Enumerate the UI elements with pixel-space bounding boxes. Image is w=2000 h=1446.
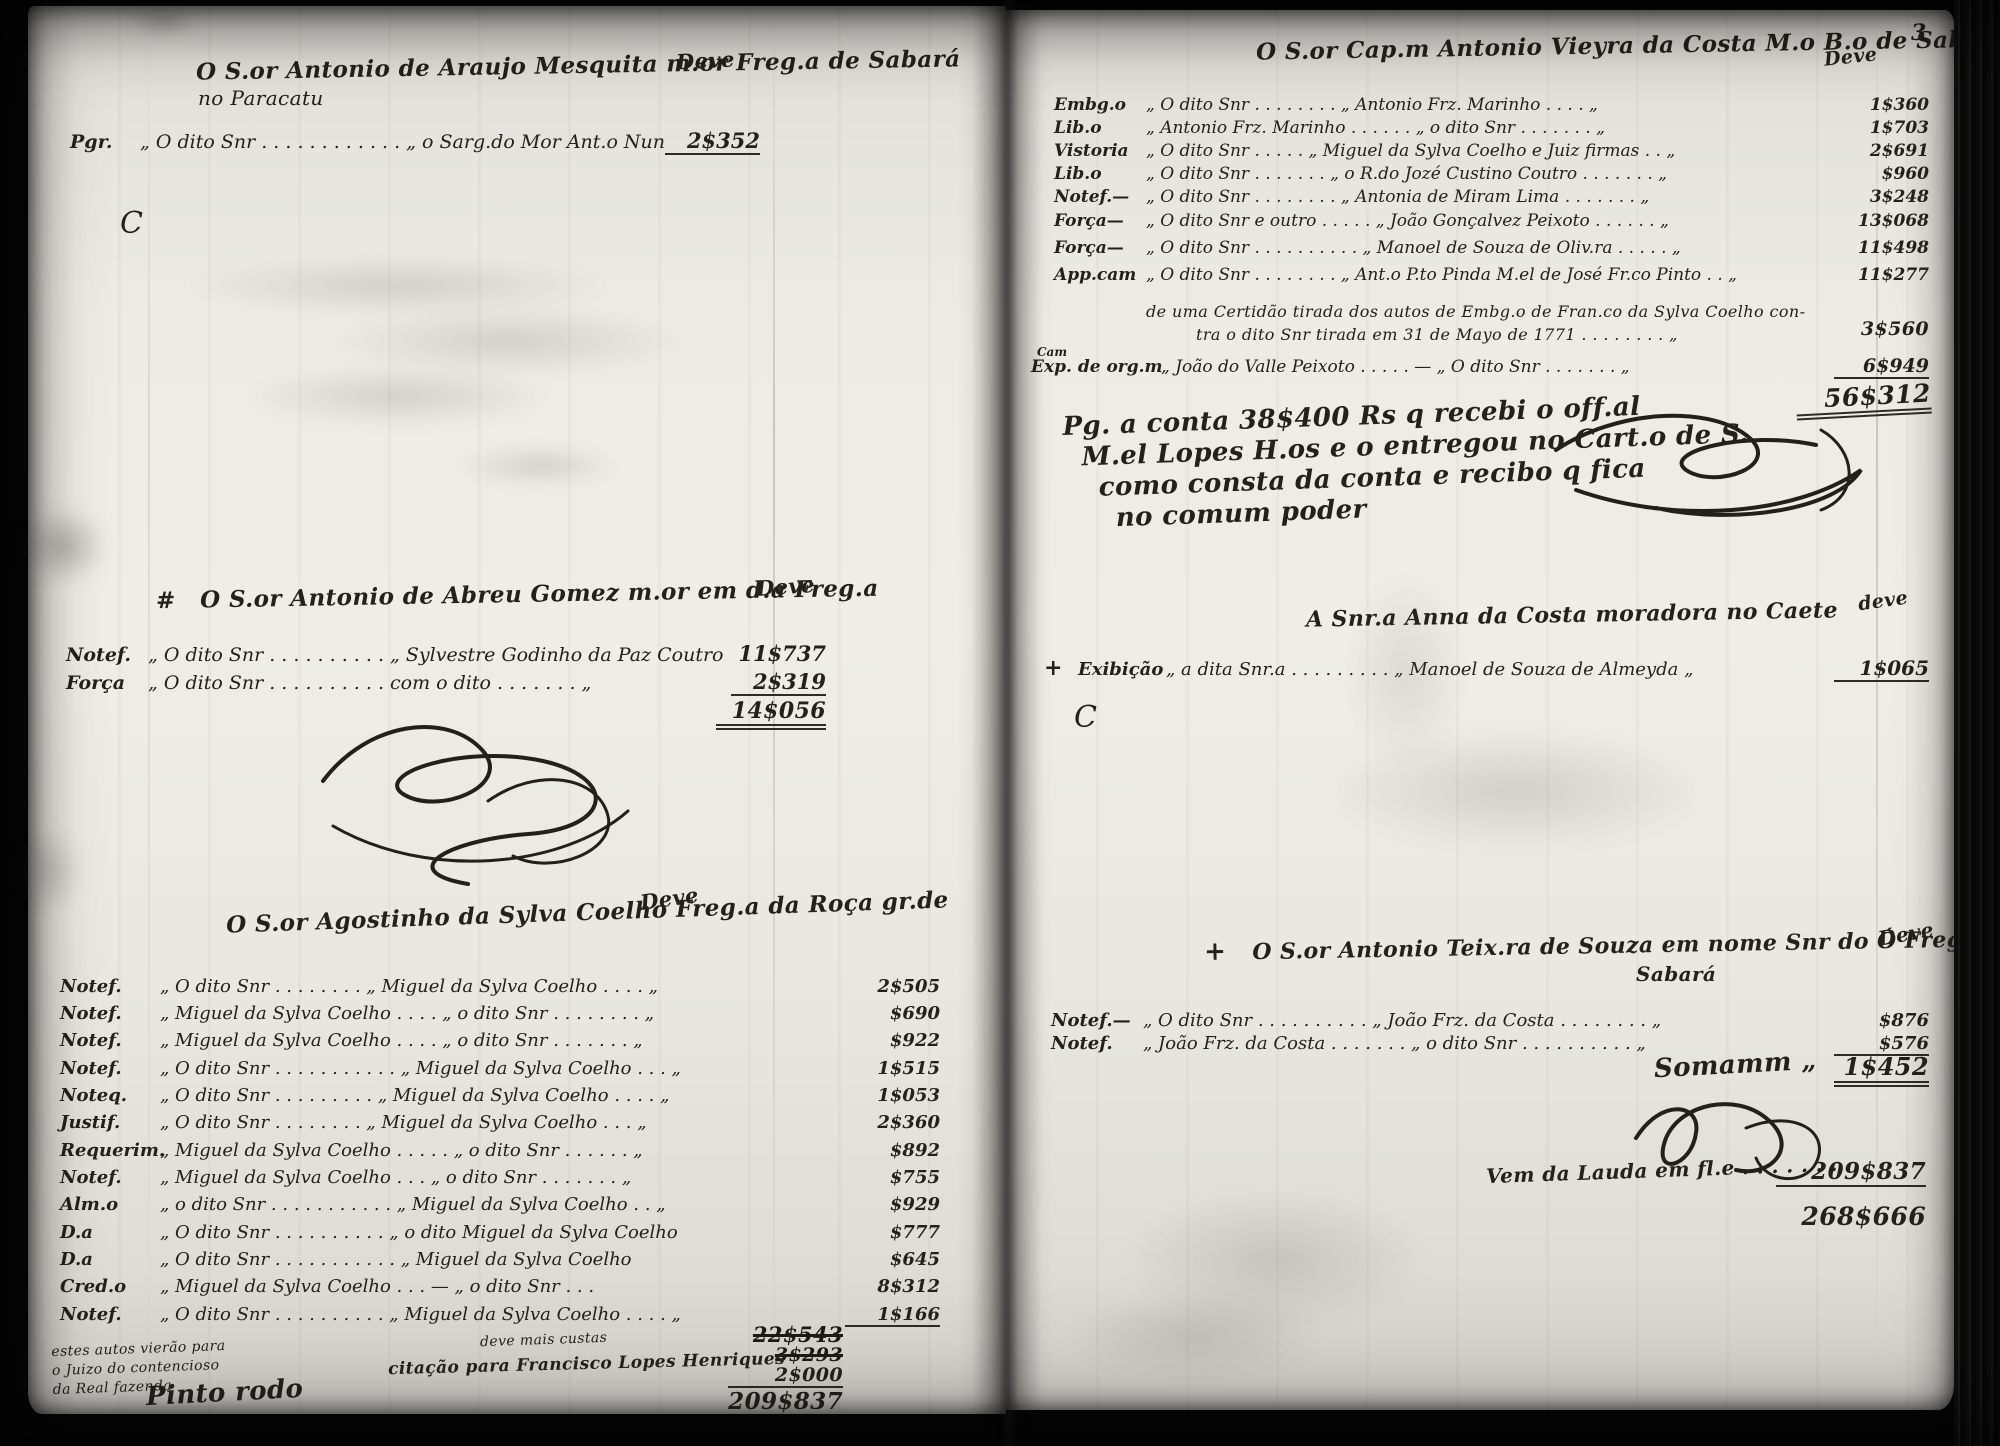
row-text: „ O dito Snr . . . . . . . . . „ Miguel … [160, 1085, 845, 1106]
row-label: Notef. [60, 1003, 160, 1024]
row-label: Força— [1054, 238, 1146, 258]
row-text: „ O dito Snr . . . . . . . . . . . . „ o… [140, 131, 665, 153]
row-label: Notef. [60, 1058, 160, 1079]
row-text: „ Miguel da Sylva Coelho . . . — „ o dit… [160, 1276, 845, 1297]
account2-total: 14$056 [716, 698, 826, 730]
row-label: Notef.— [1051, 1010, 1143, 1031]
row-label: Notef. [60, 1030, 160, 1051]
row-label: Força [66, 672, 148, 694]
ledger-row: App.cam „ O dito Snr . . . . . . . . „ A… [1054, 265, 1929, 285]
certificate-note-line2: tra o dito Snr tirada em 31 de Mayo de 1… [1196, 325, 1678, 344]
account3-rows: Notef. „ O dito Snr . . . . . . . . „ Mi… [60, 976, 940, 1336]
row-text: „ O dito Snr . . . . . . . . „ Antonio F… [1146, 95, 1834, 115]
ledger-row: Lib.o „ O dito Snr . . . . . . . „ o R.d… [1054, 164, 1929, 184]
ledger-row: Notef. „ Miguel da Sylva Coelho . . . „ … [60, 1167, 940, 1188]
cross-mark: + [1204, 937, 1227, 967]
signature-flourish [1536, 390, 1876, 530]
citation-note: citação para Francisco Lopes Henriques [388, 1349, 786, 1379]
row-label: Notef.— [1054, 187, 1146, 207]
row-amount: $960 [1834, 164, 1929, 184]
row-label: Lib.o [1054, 164, 1146, 184]
row-text: „ O dito Snr . . . . . . . . „ Miguel da… [160, 1112, 845, 1133]
row-text: „ O dito Snr . . . . . . . . „ Antonia d… [1146, 187, 1834, 207]
row-amount: 11$498 [1834, 238, 1929, 258]
account1-heading: O S.or Antonio de Araujo Mesquita m.or F… [196, 45, 961, 85]
ledger-row: Alm.o „ o dito Snr . . . . . . . . . . .… [60, 1194, 940, 1215]
row-text: „ a dita Snr.a . . . . . . . . . „ Manoe… [1166, 659, 1834, 680]
row-text: „ O dito Snr e outro . . . . . „ João Go… [1146, 211, 1834, 231]
ledger-row: Força— „ O dito Snr . . . . . . . . . . … [1054, 238, 1929, 258]
extra-costs-note: deve mais custas [480, 1330, 608, 1350]
row-label: Notef. [1051, 1033, 1143, 1054]
row-amount: 2$352 [665, 128, 760, 155]
row-text: „ O dito Snr . . . . . . . . . . „ João … [1143, 1010, 1834, 1031]
row-text: „ Miguel da Sylva Coelho . . . . „ o dit… [160, 1003, 845, 1024]
ledger-row: Força „ O dito Snr . . . . . . . . . . c… [66, 669, 826, 696]
account1-deve-label: Deve [675, 46, 735, 74]
row-label: Alm.o [60, 1194, 160, 1215]
ledger-row: Requerim. „ Miguel da Sylva Coelho . . .… [60, 1140, 940, 1161]
ledger-row: Cred.o „ Miguel da Sylva Coelho . . . — … [60, 1276, 940, 1297]
row-label: Exibição [1078, 659, 1166, 680]
ledger-row: Notef. „ Miguel da Sylva Coelho . . . . … [60, 1030, 940, 1051]
row-text: „ O dito Snr . . . . . . . . . . . „ Mig… [160, 1058, 845, 1079]
account1-heading: O S.or Cap.m Antonio Vieyra da Costa M.o… [1256, 25, 2000, 65]
row-label-superscript: Cam [1037, 345, 1067, 359]
account2-deve-label: Deve [755, 572, 815, 601]
ledger-row: Notef. „ O dito Snr . . . . . . . . . . … [66, 641, 826, 666]
ledger-row: Notef. „ O dito Snr . . . . . . . . „ Mi… [60, 976, 940, 997]
ledger-row: Lib.o „ Antonio Frz. Marinho . . . . . .… [1054, 118, 1929, 138]
row-amount: 2$691 [1834, 141, 1929, 161]
ledger-row: Embg.o „ O dito Snr . . . . . . . . „ An… [1054, 95, 1929, 115]
row-amount: $645 [845, 1249, 940, 1270]
ledger-row: Justif. „ O dito Snr . . . . . . . . „ M… [60, 1112, 940, 1133]
row-text: „ O dito Snr . . . . . . . „ o R.do Jozé… [1146, 164, 1834, 184]
certificate-note-line1: de uma Certidão tirada dos autos de Embg… [1146, 302, 1805, 321]
row-label: Pgr. [70, 131, 140, 153]
carry-forward-amount: 209$837 [1776, 1158, 1926, 1187]
ledger-row: D.a „ O dito Snr . . . . . . . . . . „ o… [60, 1222, 940, 1243]
row-text: „ Miguel da Sylva Coelho . . . . . „ o d… [160, 1140, 845, 1161]
row-amount: 2$360 [845, 1112, 940, 1133]
row-amount: 1$065 [1834, 656, 1929, 682]
sum-amount: 1$452 [1834, 1052, 1929, 1087]
row-label: Noteq. [60, 1085, 160, 1106]
row-amount: $777 [845, 1222, 940, 1243]
ledger-row: Noteq. „ O dito Snr . . . . . . . . . „ … [60, 1085, 940, 1106]
row-label: Lib.o [1054, 118, 1146, 138]
row-text: „ Miguel da Sylva Coelho . . . „ o dito … [160, 1167, 845, 1188]
row-amount: $690 [845, 1003, 940, 1024]
row-amount: $922 [845, 1030, 940, 1051]
row-label: D.a [60, 1249, 160, 1270]
account3-total: 209$837 [708, 1388, 843, 1415]
row-amount: $929 [845, 1194, 940, 1215]
row-amount: $892 [845, 1140, 940, 1161]
ledger-row: Notef.— „ O dito Snr . . . . . . . . . .… [1051, 1010, 1929, 1031]
row-text: „ O dito Snr . . . . . . . . . . . „ Mig… [160, 1249, 845, 1270]
right-page: 3 O S.or Cap.m Antonio Vieyra da Costa M… [1006, 10, 1954, 1410]
account1-heading-line2: no Paracatu [198, 86, 324, 110]
ledger-row: Cam Exp. de org.m „ João do Valle Peixot… [1031, 355, 1929, 379]
ledger-row: Notef.— „ O dito Snr . . . . . . . . „ A… [1054, 187, 1929, 207]
row-label: Embg.o [1054, 95, 1146, 115]
row-text: „ O dito Snr . . . . . . . . . . „ Manoe… [1146, 238, 1834, 258]
row-amount: 1$515 [845, 1058, 940, 1079]
row-text: „ O dito Snr . . . . . . . . . . com o d… [148, 672, 731, 694]
row-amount: 2$505 [845, 976, 940, 997]
ledger-row: Vistoria „ O dito Snr . . . . . „ Miguel… [1054, 141, 1929, 161]
row-amount: 13$068 [1834, 211, 1929, 231]
row-text: „ O dito Snr . . . . . . . . . . „ o dit… [160, 1222, 845, 1243]
paragraph-mark: C [120, 206, 143, 241]
account3-heading-line2: Sabará [1636, 962, 1716, 986]
row-label: Vistoria [1054, 141, 1146, 161]
ledger-row: Notef. „ Miguel da Sylva Coelho . . . . … [60, 1003, 940, 1024]
row-text: „ O dito Snr . . . . . . . . . . „ Sylve… [148, 644, 731, 666]
row-label: Justif. [60, 1112, 160, 1133]
manuscript-scan: O S.or Antonio de Araujo Mesquita m.or F… [0, 0, 2000, 1446]
row-amount: 8$312 [845, 1276, 940, 1297]
row-text: „ O dito Snr . . . . . . . . „ Miguel da… [160, 976, 845, 997]
row-amount: 1$703 [1834, 118, 1929, 138]
ledger-row: Notef. „ O dito Snr . . . . . . . . . . … [60, 1058, 940, 1079]
row-text: „ Miguel da Sylva Coelho . . . . „ o dit… [160, 1030, 845, 1051]
certificate-amount: 3$560 [1834, 318, 1929, 340]
row-amount: 1$166 [845, 1304, 940, 1327]
row-text: „ Antonio Frz. Marinho . . . . . . „ o d… [1146, 118, 1834, 138]
row-amount: $755 [845, 1167, 940, 1188]
row-label: Cred.o [60, 1276, 160, 1297]
row-label: D.a [60, 1222, 160, 1243]
grand-total: 268$666 [1776, 1202, 1926, 1231]
row-label: Requerim. [60, 1140, 160, 1161]
row-amount: 3$248 [1834, 187, 1929, 207]
row-label: Notef. [60, 1304, 160, 1325]
row-amount: $876 [1834, 1010, 1929, 1031]
ledger-row: Pgr. „ O dito Snr . . . . . . . . . . . … [70, 128, 760, 155]
row-text: „ João do Valle Peixoto . . . . . — „ O … [1161, 357, 1834, 377]
row-label: Notef. [60, 1167, 160, 1188]
paragraph-mark: C [1074, 700, 1097, 735]
row-label: Notef. [60, 976, 160, 997]
row-label: Notef. [66, 644, 148, 666]
account2-deve-label: deve [1857, 587, 1910, 616]
citation-amount: 2$000 [728, 1364, 843, 1388]
row-amount: 11$737 [731, 641, 826, 666]
cross-mark: + [1044, 655, 1078, 681]
row-amount: 2$319 [731, 669, 826, 696]
ledger-row: + Exibição „ a dita Snr.a . . . . . . . … [1044, 655, 1929, 682]
section-mark: # [156, 587, 176, 614]
account1-deve-label: Deve [1823, 43, 1878, 70]
row-label: App.cam [1054, 265, 1146, 285]
row-text: „ o dito Snr . . . . . . . . . . . „ Mig… [160, 1194, 845, 1215]
row-label: Cam Exp. de org.m [1031, 357, 1161, 377]
ledger-row: Força— „ O dito Snr e outro . . . . . „ … [1054, 211, 1929, 231]
left-page: O S.or Antonio de Araujo Mesquita m.or F… [28, 6, 1006, 1414]
row-amount: 11$277 [1834, 265, 1929, 285]
row-amount: 1$053 [845, 1085, 940, 1106]
row-amount: 1$360 [1834, 95, 1929, 115]
signature-flourish [298, 706, 658, 896]
row-text: „ O dito Snr . . . . . „ Miguel da Sylva… [1146, 141, 1834, 161]
row-label: Força— [1054, 211, 1146, 231]
row-amount: 6$949 [1834, 355, 1929, 379]
row-text: „ O dito Snr . . . . . . . . „ Ant.o P.t… [1146, 265, 1834, 285]
book-edge [1954, 0, 2000, 1446]
account2-heading: A Snr.a Anna da Costa moradora no Caete [1306, 597, 1838, 632]
ledger-row: D.a „ O dito Snr . . . . . . . . . . . „… [60, 1249, 940, 1270]
account1-rows: Embg.o „ O dito Snr . . . . . . . . „ An… [1054, 95, 1929, 395]
